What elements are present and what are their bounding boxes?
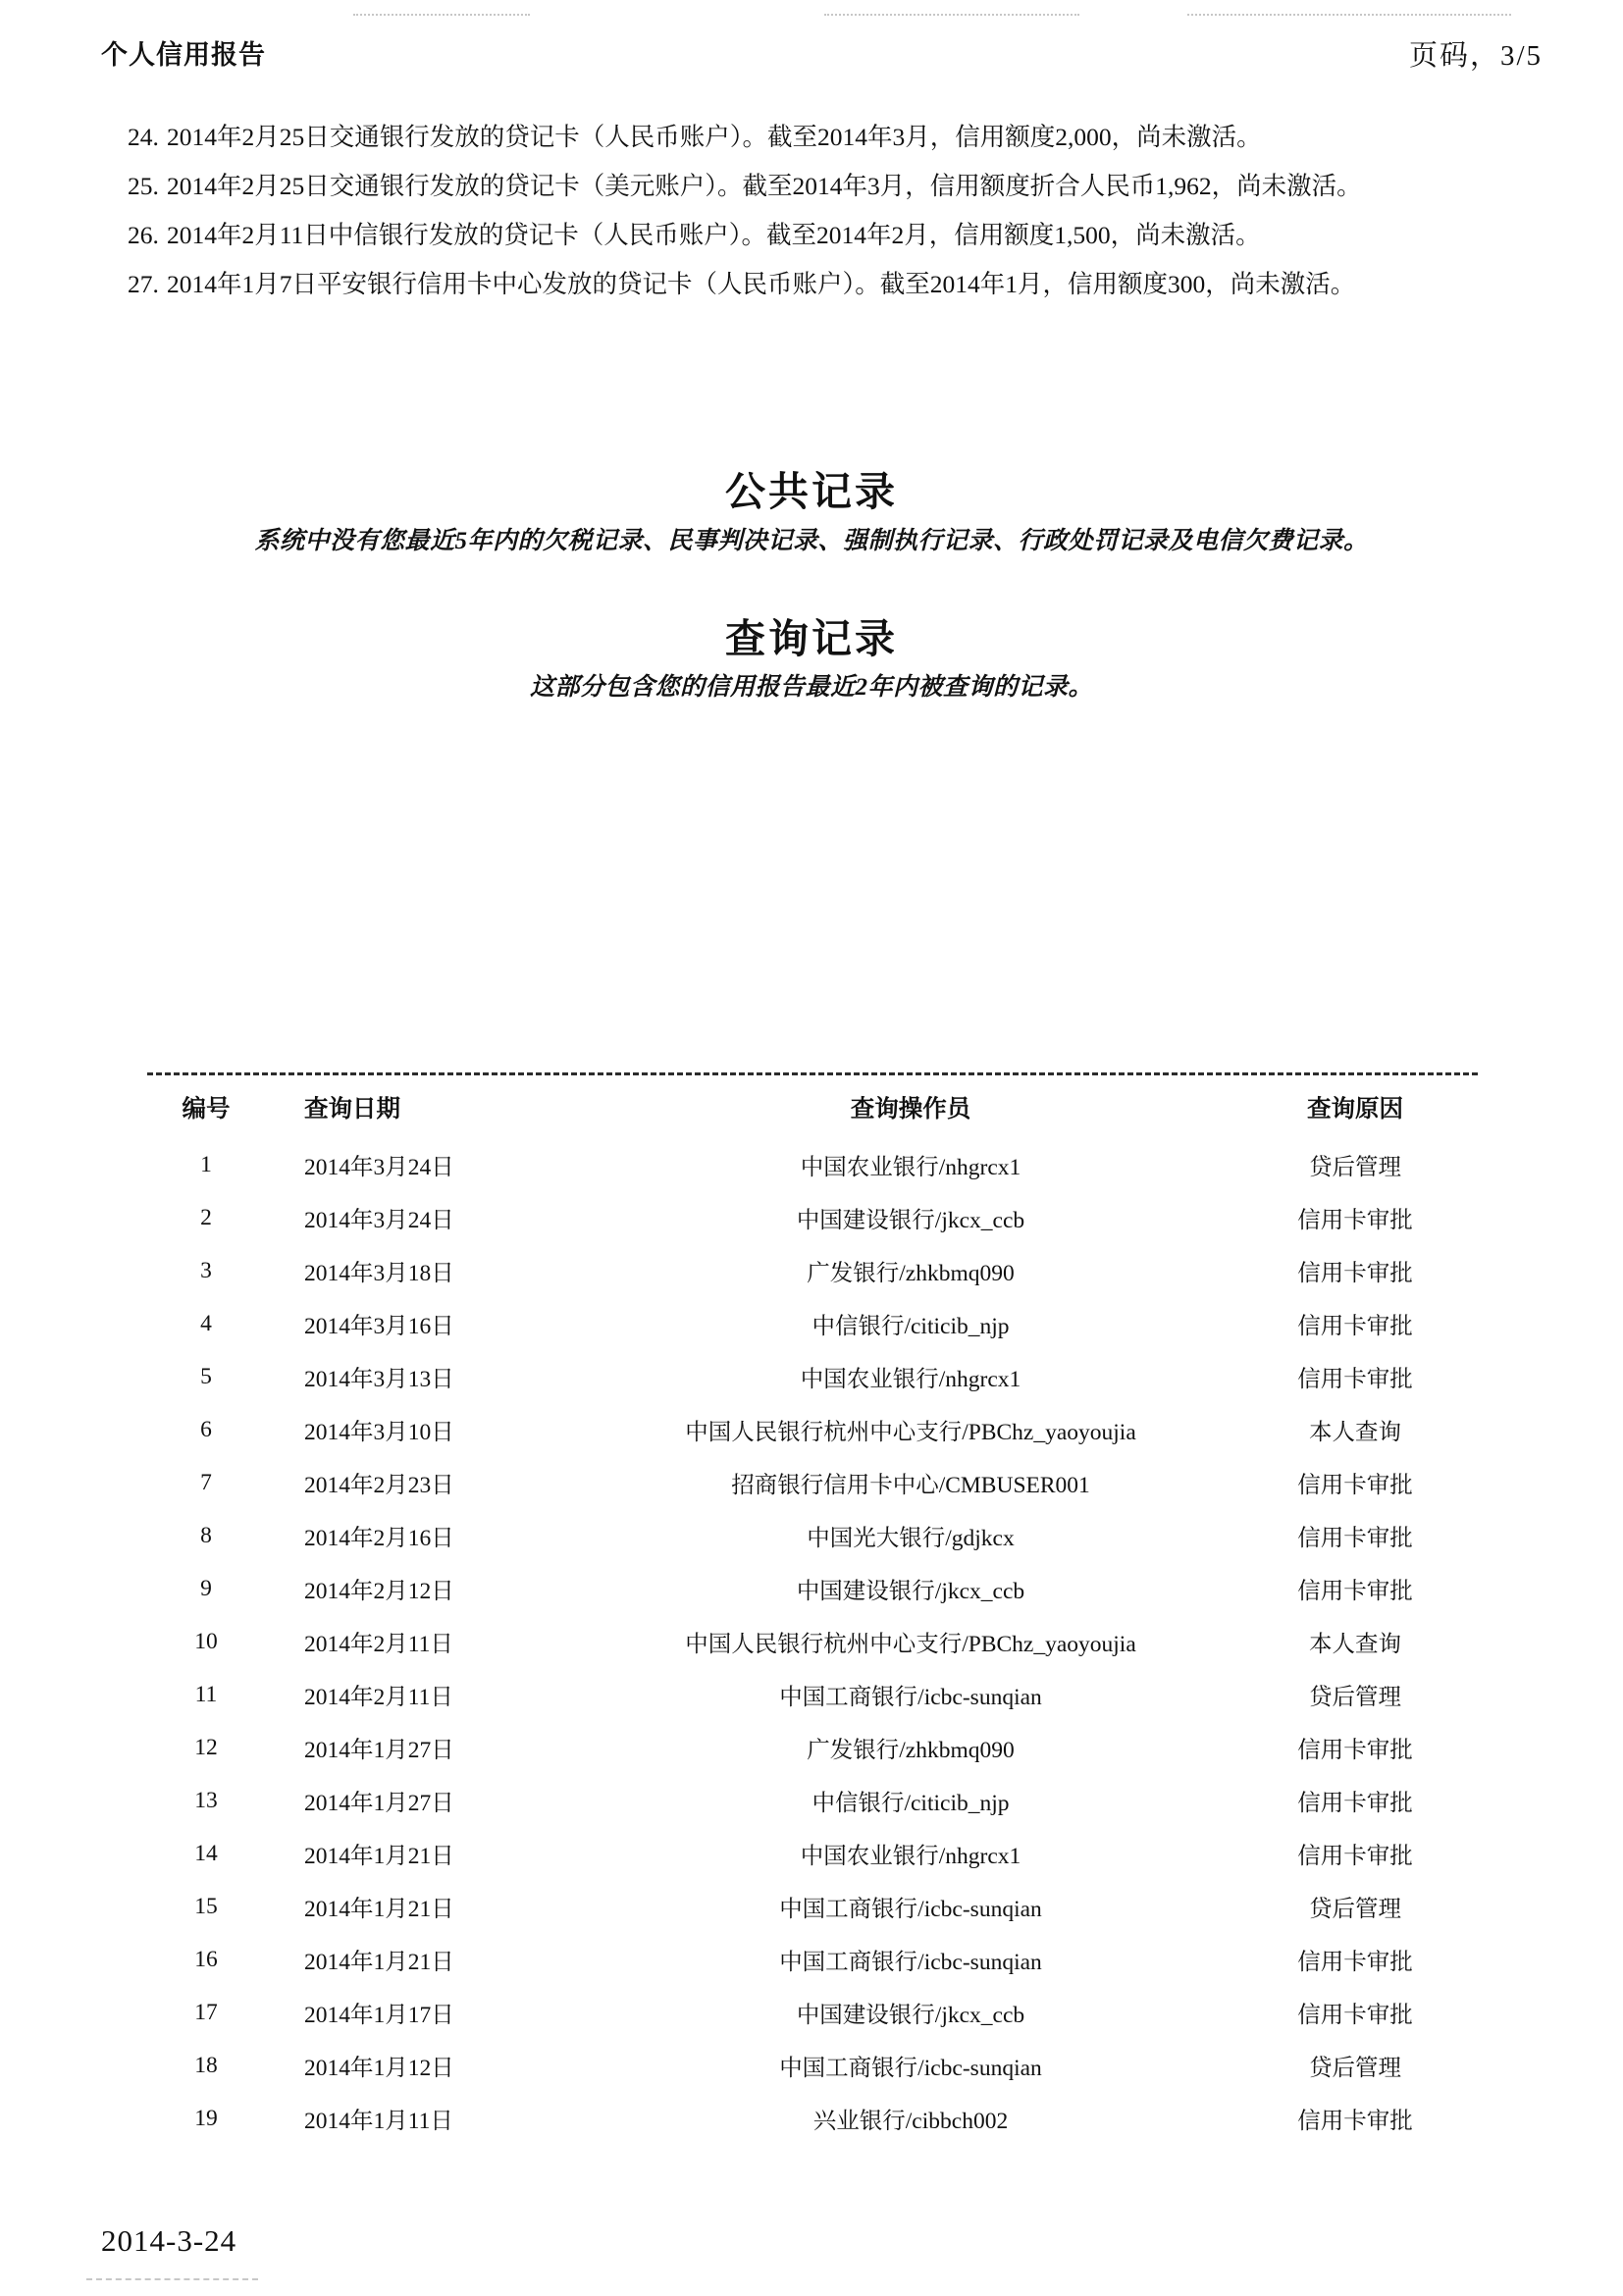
table-row: 162014年1月21日中国工商银行/icbc-sunqian信用卡审批 bbox=[147, 1933, 1478, 1986]
cell-number: 3 bbox=[147, 1258, 265, 1284]
cell-operator: 中国光大银行/gdjkcx bbox=[589, 1519, 1232, 1552]
cell-date: 2014年1月11日 bbox=[265, 2102, 589, 2135]
cell-date: 2014年3月10日 bbox=[265, 1413, 589, 1446]
cell-operator: 中信银行/citicib_njp bbox=[589, 1784, 1232, 1817]
cell-reason: 信用卡审批 bbox=[1232, 1254, 1478, 1287]
table-row: 152014年1月21日中国工商银行/icbc-sunqian贷后管理 bbox=[147, 1880, 1478, 1933]
cell-reason: 信用卡审批 bbox=[1232, 1360, 1478, 1393]
table-row: 102014年2月11日中国人民银行杭州中心支行/PBChz_yaoyoujia… bbox=[147, 1615, 1478, 1668]
cell-date: 2014年1月21日 bbox=[265, 1837, 589, 1870]
cell-date: 2014年3月13日 bbox=[265, 1360, 589, 1393]
table-row: 182014年1月12日中国工商银行/icbc-sunqian贷后管理 bbox=[147, 2039, 1478, 2092]
column-header-date: 查询日期 bbox=[265, 1090, 589, 1124]
cell-reason: 贷后管理 bbox=[1232, 1890, 1478, 1923]
cell-number: 5 bbox=[147, 1364, 265, 1390]
cell-number: 9 bbox=[147, 1576, 265, 1602]
cell-operator: 中信银行/citicib_njp bbox=[589, 1307, 1232, 1340]
cell-operator: 广发银行/zhkbmq090 bbox=[589, 1731, 1232, 1764]
cell-date: 2014年3月16日 bbox=[265, 1307, 589, 1340]
table-row: 32014年3月18日广发银行/zhkbmq090信用卡审批 bbox=[147, 1244, 1478, 1297]
column-header-operator: 查询操作员 bbox=[589, 1090, 1232, 1124]
account-list-item: 25.2014年2月25日交通银行发放的贷记卡（美元账户）。截至2014年3月，… bbox=[128, 169, 1501, 205]
query-records-note: 这部分包含您的信用报告最近2年内被查询的记录。 bbox=[0, 667, 1623, 703]
cell-reason: 信用卡审批 bbox=[1232, 1572, 1478, 1605]
table-header-row: 编号 查询日期 查询操作员 查询原因 bbox=[147, 1075, 1478, 1138]
cell-operator: 中国工商银行/icbc-sunqian bbox=[589, 1890, 1232, 1923]
cell-operator: 中国建设银行/jkcx_ccb bbox=[589, 1572, 1232, 1605]
item-text: 2014年2月25日交通银行发放的贷记卡（人民币账户）。截至2014年3月，信用… bbox=[167, 120, 1501, 156]
cell-date: 2014年2月16日 bbox=[265, 1519, 589, 1552]
item-number: 26. bbox=[128, 218, 167, 254]
table-row: 92014年2月12日中国建设银行/jkcx_ccb信用卡审批 bbox=[147, 1562, 1478, 1615]
cell-operator: 中国农业银行/nhgrcx1 bbox=[589, 1360, 1232, 1393]
cell-operator: 中国工商银行/icbc-sunqian bbox=[589, 1943, 1232, 1976]
table-row: 42014年3月16日中信银行/citicib_njp信用卡审批 bbox=[147, 1297, 1478, 1350]
cell-number: 16 bbox=[147, 1947, 265, 1973]
query-table-body: 12014年3月24日中国农业银行/nhgrcx1贷后管理22014年3月24日… bbox=[147, 1138, 1478, 2145]
credit-card-account-list: 24.2014年2月25日交通银行发放的贷记卡（人民币账户）。截至2014年3月… bbox=[128, 120, 1501, 316]
public-records-heading: 公共记录 bbox=[0, 459, 1623, 517]
cell-reason: 信用卡审批 bbox=[1232, 2102, 1478, 2135]
cell-number: 1 bbox=[147, 1152, 265, 1178]
cell-reason: 贷后管理 bbox=[1232, 1678, 1478, 1711]
table-row: 132014年1月27日中信银行/citicib_njp信用卡审批 bbox=[147, 1774, 1478, 1827]
table-row: 82014年2月16日中国光大银行/gdjkcx信用卡审批 bbox=[147, 1509, 1478, 1562]
account-list-item: 26.2014年2月11日中信银行发放的贷记卡（人民币账户）。截至2014年2月… bbox=[128, 218, 1501, 254]
cell-number: 4 bbox=[147, 1311, 265, 1337]
cell-number: 13 bbox=[147, 1788, 265, 1814]
cell-reason: 贷后管理 bbox=[1232, 2049, 1478, 2082]
cell-operator: 兴业银行/cibbch002 bbox=[589, 2102, 1232, 2135]
cell-date: 2014年1月21日 bbox=[265, 1890, 589, 1923]
cell-operator: 招商银行信用卡中心/CMBUSER001 bbox=[589, 1466, 1232, 1499]
cell-number: 17 bbox=[147, 2000, 265, 2026]
cell-number: 6 bbox=[147, 1417, 265, 1443]
scan-artifact bbox=[824, 14, 1079, 16]
table-row: 12014年3月24日中国农业银行/nhgrcx1贷后管理 bbox=[147, 1138, 1478, 1191]
cell-date: 2014年1月27日 bbox=[265, 1731, 589, 1764]
query-records-table: 编号 查询日期 查询操作员 查询原因 12014年3月24日中国农业银行/nhg… bbox=[147, 1072, 1478, 2145]
credit-report-page: 个人信用报告 页码，3/5 24.2014年2月25日交通银行发放的贷记卡（人民… bbox=[0, 0, 1623, 2296]
cell-date: 2014年1月17日 bbox=[265, 1996, 589, 2029]
table-row: 22014年3月24日中国建设银行/jkcx_ccb信用卡审批 bbox=[147, 1191, 1478, 1244]
cell-date: 2014年2月11日 bbox=[265, 1625, 589, 1658]
page-header: 个人信用报告 页码，3/5 bbox=[101, 33, 1543, 74]
account-list-item: 24.2014年2月25日交通银行发放的贷记卡（人民币账户）。截至2014年3月… bbox=[128, 120, 1501, 156]
cell-date: 2014年3月24日 bbox=[265, 1148, 589, 1181]
item-text: 2014年1月7日平安银行信用卡中心发放的贷记卡（人民币账户）。截至2014年1… bbox=[167, 267, 1501, 303]
cell-operator: 中国工商银行/icbc-sunqian bbox=[589, 1678, 1232, 1711]
cell-number: 12 bbox=[147, 1735, 265, 1761]
cell-date: 2014年1月12日 bbox=[265, 2049, 589, 2082]
scan-artifact bbox=[353, 14, 530, 16]
cell-reason: 贷后管理 bbox=[1232, 1148, 1478, 1181]
cell-date: 2014年3月24日 bbox=[265, 1201, 589, 1234]
item-text: 2014年2月11日中信银行发放的贷记卡（人民币账户）。截至2014年2月，信用… bbox=[167, 218, 1501, 254]
cell-operator: 中国农业银行/nhgrcx1 bbox=[589, 1148, 1232, 1181]
table-row: 122014年1月27日广发银行/zhkbmq090信用卡审批 bbox=[147, 1721, 1478, 1774]
table-row: 52014年3月13日中国农业银行/nhgrcx1信用卡审批 bbox=[147, 1350, 1478, 1403]
scan-artifact bbox=[86, 2278, 258, 2280]
page-number: 页码，3/5 bbox=[1409, 33, 1543, 74]
cell-reason: 本人查询 bbox=[1232, 1413, 1478, 1446]
cell-operator: 广发银行/zhkbmq090 bbox=[589, 1254, 1232, 1287]
cell-number: 18 bbox=[147, 2053, 265, 2079]
cell-date: 2014年2月11日 bbox=[265, 1678, 589, 1711]
cell-number: 19 bbox=[147, 2106, 265, 2132]
cell-date: 2014年3月18日 bbox=[265, 1254, 589, 1287]
cell-number: 7 bbox=[147, 1470, 265, 1496]
cell-reason: 信用卡审批 bbox=[1232, 1784, 1478, 1817]
cell-date: 2014年1月21日 bbox=[265, 1943, 589, 1976]
cell-number: 15 bbox=[147, 1894, 265, 1920]
column-header-reason: 查询原因 bbox=[1232, 1090, 1478, 1124]
cell-number: 10 bbox=[147, 1629, 265, 1655]
cell-reason: 信用卡审批 bbox=[1232, 1466, 1478, 1499]
cell-reason: 信用卡审批 bbox=[1232, 1943, 1478, 1976]
public-records-note: 系统中没有您最近5年内的欠税记录、民事判决记录、强制执行记录、行政处罚记录及电信… bbox=[0, 521, 1623, 556]
cell-number: 11 bbox=[147, 1682, 265, 1708]
scan-artifact bbox=[1187, 14, 1511, 16]
table-row: 62014年3月10日中国人民银行杭州中心支行/PBChz_yaoyoujia本… bbox=[147, 1403, 1478, 1456]
cell-operator: 中国工商银行/icbc-sunqian bbox=[589, 2049, 1232, 2082]
cell-reason: 信用卡审批 bbox=[1232, 1837, 1478, 1870]
cell-operator: 中国农业银行/nhgrcx1 bbox=[589, 1837, 1232, 1870]
cell-date: 2014年2月23日 bbox=[265, 1466, 589, 1499]
cell-number: 14 bbox=[147, 1841, 265, 1867]
cell-operator: 中国建设银行/jkcx_ccb bbox=[589, 1996, 1232, 2029]
item-number: 27. bbox=[128, 267, 167, 303]
cell-reason: 信用卡审批 bbox=[1232, 1201, 1478, 1234]
item-number: 25. bbox=[128, 169, 167, 205]
table-row: 192014年1月11日兴业银行/cibbch002信用卡审批 bbox=[147, 2092, 1478, 2145]
cell-number: 2 bbox=[147, 1205, 265, 1231]
item-number: 24. bbox=[128, 120, 167, 156]
cell-reason: 信用卡审批 bbox=[1232, 1996, 1478, 2029]
table-row: 112014年2月11日中国工商银行/icbc-sunqian贷后管理 bbox=[147, 1668, 1478, 1721]
cell-reason: 信用卡审批 bbox=[1232, 1731, 1478, 1764]
cell-reason: 信用卡审批 bbox=[1232, 1519, 1478, 1552]
cell-number: 8 bbox=[147, 1523, 265, 1549]
cell-operator: 中国人民银行杭州中心支行/PBChz_yaoyoujia bbox=[589, 1625, 1232, 1658]
column-header-number: 编号 bbox=[147, 1090, 265, 1124]
item-text: 2014年2月25日交通银行发放的贷记卡（美元账户）。截至2014年3月，信用额… bbox=[167, 169, 1501, 205]
document-title: 个人信用报告 bbox=[101, 33, 266, 72]
table-row: 172014年1月17日中国建设银行/jkcx_ccb信用卡审批 bbox=[147, 1986, 1478, 2039]
cell-date: 2014年2月12日 bbox=[265, 1572, 589, 1605]
account-list-item: 27.2014年1月7日平安银行信用卡中心发放的贷记卡（人民币账户）。截至201… bbox=[128, 267, 1501, 303]
cell-operator: 中国建设银行/jkcx_ccb bbox=[589, 1201, 1232, 1234]
cell-reason: 本人查询 bbox=[1232, 1625, 1478, 1658]
cell-reason: 信用卡审批 bbox=[1232, 1307, 1478, 1340]
table-row: 72014年2月23日招商银行信用卡中心/CMBUSER001信用卡审批 bbox=[147, 1456, 1478, 1509]
query-records-heading: 查询记录 bbox=[0, 606, 1623, 664]
cell-operator: 中国人民银行杭州中心支行/PBChz_yaoyoujia bbox=[589, 1413, 1232, 1446]
table-row: 142014年1月21日中国农业银行/nhgrcx1信用卡审批 bbox=[147, 1827, 1478, 1880]
report-date: 2014-3-24 bbox=[101, 2223, 236, 2259]
cell-date: 2014年1月27日 bbox=[265, 1784, 589, 1817]
